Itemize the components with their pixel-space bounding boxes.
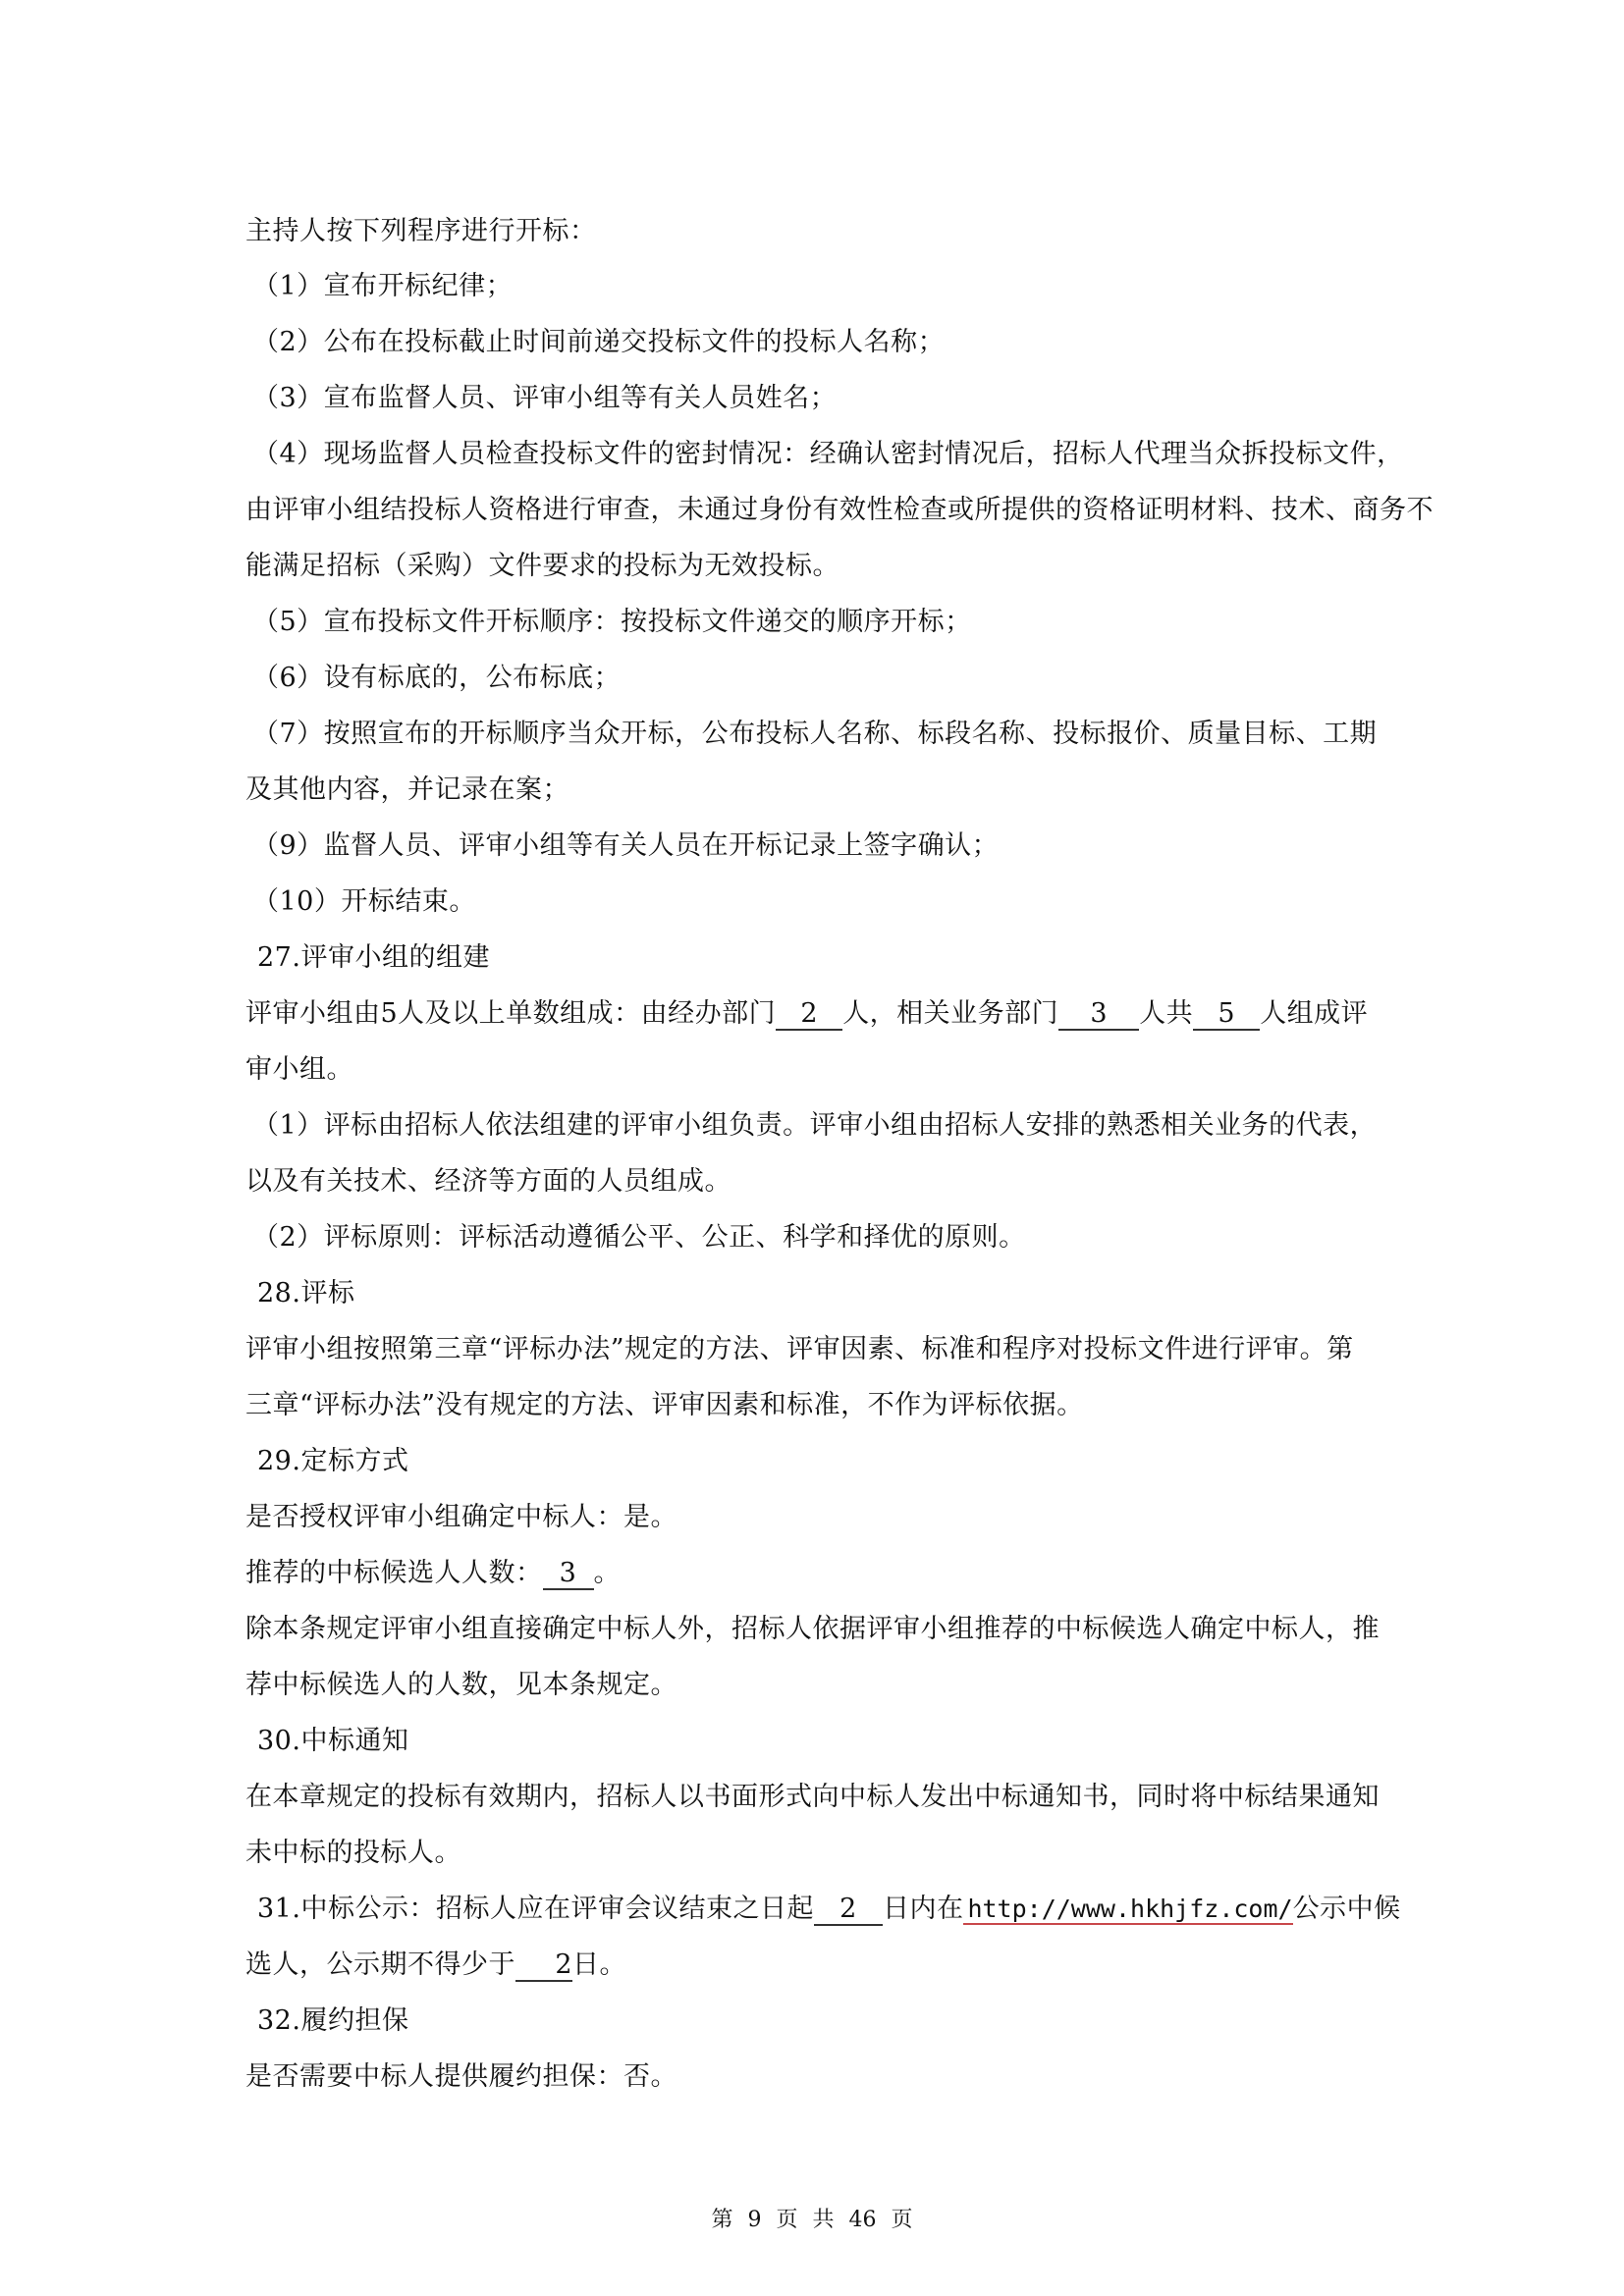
publicity-label: 公示中候 (1293, 1894, 1401, 1924)
min-days-label: 选人，公示期不得少于 (245, 1949, 515, 1980)
procedure-item: （7）按照宣布的开标顺序当众开标，公布投标人名称、标段名称、投标报价、质量目标、… (252, 715, 1377, 754)
procedure-item-continued: 能满足招标（采购）文件要求的投标为无效投标。 (245, 547, 839, 586)
procedure-item-continued: 由评审小组结投标人资格进行审查，未通过身份有效性检查或所提供的资格证明材料、技术… (245, 491, 1434, 530)
candidates-label: 推荐的中标候选人人数： (245, 1558, 543, 1588)
section-29-text: 除本条规定评审小组直接确定中标人外，招标人依据评审小组推荐的中标候选人确定中标人… (245, 1610, 1380, 1649)
section-29-text: 荐中标候选人的人数，见本条规定。 (245, 1666, 677, 1705)
section-28-heading: 28.评标 (257, 1274, 354, 1313)
section-27-item-continued: 以及有关技术、经济等方面的人员组成。 (245, 1162, 731, 1201)
section-27-item: （2）评标原则：评标活动遵循公平、公正、科学和择优的原则。 (252, 1218, 1026, 1257)
procedure-item: （9）监督人员、评审小组等有关人员在开标记录上签字确认； (252, 827, 999, 866)
page-number-footer: 第 9 页 共 46 页 (0, 2203, 1624, 2233)
section-32-heading: 32.履约担保 (257, 2002, 408, 2041)
section-28-text: 评审小组按照第三章“评标办法”规定的方法、评审因素、标准和程序对投标文件进行评审… (245, 1330, 1354, 1369)
composition-text: 人，相关业务部门 (842, 998, 1058, 1029)
procedure-item: （4）现场监督人员检查投标文件的密封情况：经确认密封情况后，招标人代理当众拆投标… (252, 435, 1404, 474)
section-31-publicity: 31.中标公示：招标人应在评审会议结束之日起2日内在http://www.hkh… (257, 1890, 1401, 1929)
dept-count-field: 2 (776, 999, 842, 1031)
document-page: 主持人按下列程序进行开标： （1）宣布开标纪律； （2）公布在投标截止时间前递交… (0, 0, 1624, 2296)
section-27-item: （1）评标由招标人依法组建的评审小组负责。评审小组由招标人安排的熟悉相关业务的代… (252, 1106, 1377, 1146)
section-28-text: 三章“评标办法”没有规定的方法、评审因素和标准，不作为评标依据。 (245, 1386, 1084, 1425)
publicity-label: 日内在 (883, 1894, 964, 1924)
composition-text: 人组成评 (1260, 998, 1368, 1029)
procedure-item: （6）设有标底的，公布标底； (252, 659, 621, 698)
section-32-text: 是否需要中标人提供履约担保：否。 (245, 2057, 677, 2097)
section-30-text: 未中标的投标人。 (245, 1834, 461, 1873)
section-27-composition: 评审小组由5人及以上单数组成：由经办部门2人，相关业务部门3人共5人组成评 (245, 994, 1368, 1034)
min-days-end: 日。 (572, 1949, 626, 1980)
procedure-item: （3）宣布监督人员、评审小组等有关人员姓名； (252, 379, 837, 418)
min-days-field: 2 (515, 1950, 572, 1982)
publicity-label: 31.中标公示：招标人应在评审会议结束之日起 (257, 1894, 814, 1924)
composition-text: 人共 (1139, 998, 1193, 1029)
procedure-item: （10）开标结束。 (252, 882, 476, 922)
days-within-field: 2 (814, 1895, 883, 1926)
section-29-candidates: 推荐的中标候选人人数：3。 (245, 1554, 621, 1593)
publicity-url-link[interactable]: http://www.hkhjfz.com/ (963, 1895, 1292, 1925)
section-29-heading: 29.定标方式 (257, 1442, 408, 1481)
section-27-heading: 27.评审小组的组建 (257, 938, 490, 978)
related-count-field: 3 (1058, 999, 1139, 1031)
procedure-item-continued: 及其他内容，并记录在案； (245, 771, 569, 810)
candidates-end: 。 (594, 1558, 622, 1588)
procedure-item: （5）宣布投标文件开标顺序：按投标文件递交的顺序开标； (252, 603, 972, 642)
composition-text: 评审小组由5人及以上单数组成：由经办部门 (245, 998, 776, 1029)
section-30-heading: 30.中标通知 (257, 1722, 408, 1761)
section-27-text: 审小组。 (245, 1050, 353, 1090)
section-31-min-days: 选人，公示期不得少于2日。 (245, 1946, 626, 1985)
total-count-field: 5 (1193, 999, 1260, 1031)
procedure-item: （2）公布在投标截止时间前递交投标文件的投标人名称； (252, 323, 945, 362)
section-30-text: 在本章规定的投标有效期内，招标人以书面形式向中标人发出中标通知书，同时将中标结果… (245, 1778, 1380, 1817)
intro-text: 主持人按下列程序进行开标： (245, 212, 597, 251)
candidates-count-field: 3 (543, 1559, 594, 1590)
section-29-authorize: 是否授权评审小组确定中标人：是。 (245, 1498, 677, 1537)
procedure-item: （1）宣布开标纪律； (252, 267, 513, 306)
